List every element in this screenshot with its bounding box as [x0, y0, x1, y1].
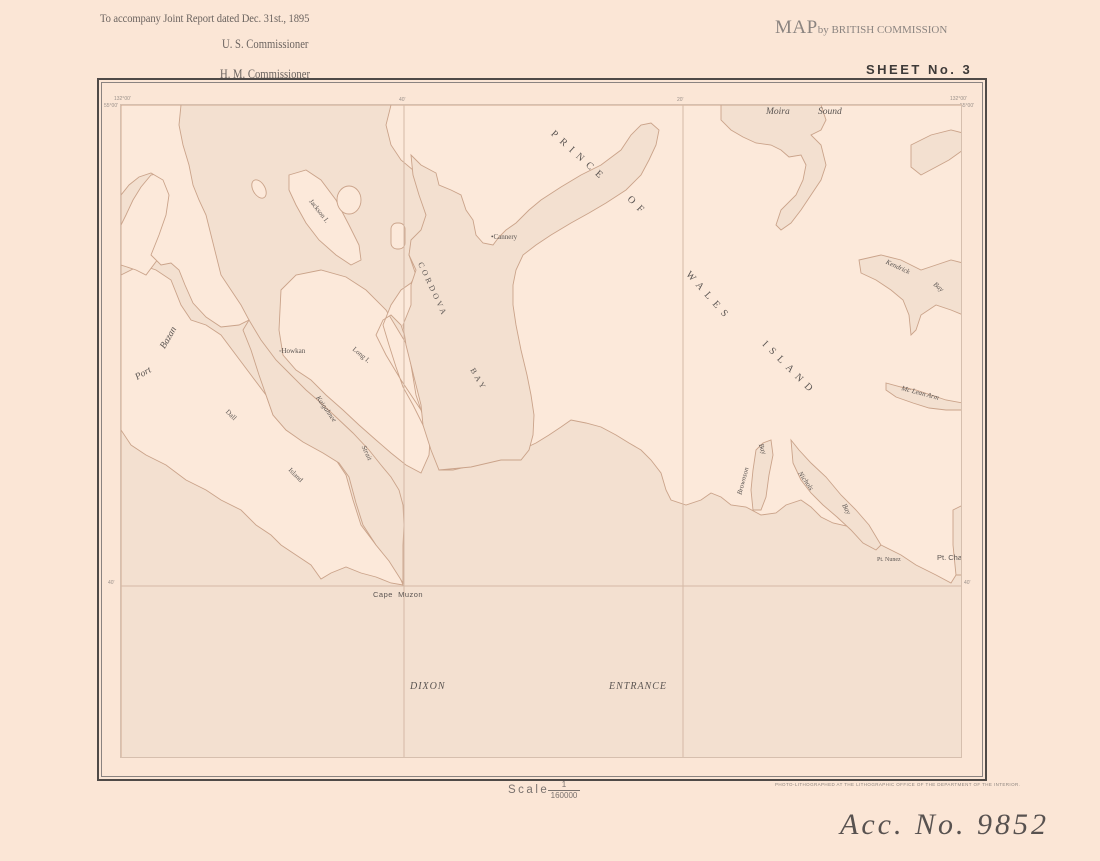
label-moira: Moira — [766, 107, 790, 117]
label-dixon: DIXON — [410, 681, 446, 692]
scale-numerator: 1 — [548, 780, 580, 791]
graticule-label: 55°00' — [960, 103, 974, 109]
label-cannery: •Cannery — [491, 233, 517, 241]
map-title-main: MAP — [775, 17, 818, 38]
graticule-label: 55°00' — [104, 103, 118, 109]
sheet-number: SHEET No. 3 — [866, 62, 972, 77]
accompany-note: To accompany Joint Report dated Dec. 31s… — [100, 13, 309, 25]
map-title: MAPby BRITISH COMMISSION — [775, 17, 947, 39]
map-drawing — [121, 105, 962, 758]
graticule-label: 132°00' — [950, 96, 967, 102]
graticule-label: 40' — [964, 580, 971, 586]
label-sound: Sound — [818, 107, 842, 117]
graticule-label: 132°00' — [114, 96, 131, 102]
label-entrance: ENTRANCE — [609, 681, 667, 692]
label-howkan: ◦Howkan — [279, 347, 305, 355]
scale-fraction: 1 160000 — [548, 780, 580, 801]
map-title-by: by BRITISH COMMISSION — [818, 24, 948, 36]
graticule-label: 40' — [108, 580, 115, 586]
map-area[interactable]: Jackson I. Long I. ◦Howkan Port Bazan Da… — [120, 104, 962, 758]
scale-label: Scale — [508, 784, 549, 796]
accession-number: Acc. No. 9852 — [840, 808, 1049, 842]
graticule-label: 20' — [677, 97, 684, 103]
lithograph-imprint: PHOTO-LITHOGRAPHED AT THE LITHOGRAPHIC O… — [775, 782, 1020, 787]
label-cape-muzon: Cape Muzon — [373, 590, 423, 599]
us-commissioner-line: U. S. Commissioner — [222, 36, 308, 52]
graticule-label: 40' — [399, 97, 406, 103]
label-pt-nunez: Pt. Nunez — [877, 557, 901, 563]
scale-denominator: 160000 — [548, 791, 580, 801]
label-pt-chacon: Pt. Chacon — [937, 553, 962, 562]
